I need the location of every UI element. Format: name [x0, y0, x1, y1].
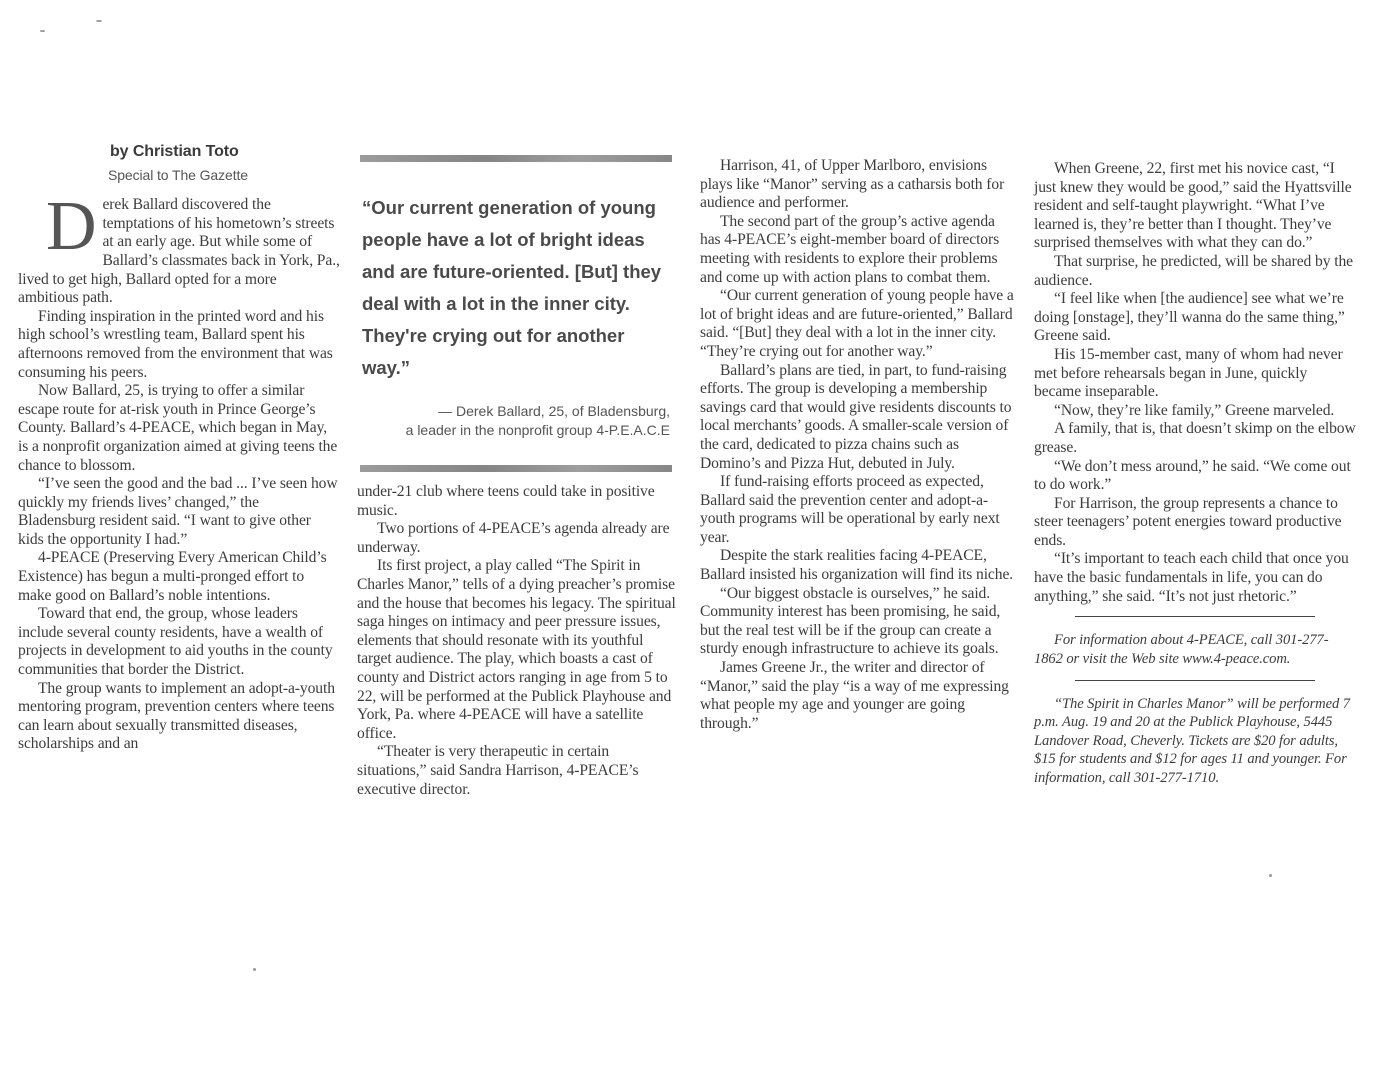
pull-quote-top-rule — [360, 155, 672, 162]
paragraph: Now Ballard, 25, is trying to offer a si… — [18, 382, 340, 475]
paragraph: For Harrison, the group represents a cha… — [1034, 495, 1356, 551]
paragraph: “Now, they’re like family,” Greene marve… — [1034, 402, 1356, 421]
paragraph: If fund-raising efforts proceed as expec… — [700, 473, 1018, 547]
scan-speck — [253, 968, 256, 971]
continuation-paragraph: under-21 club where teens could take in … — [357, 483, 677, 520]
paragraph: Despite the stark realities facing 4-PEA… — [700, 547, 1018, 584]
event-note: “The Spirit in Charles Manor” will be pe… — [1034, 695, 1356, 787]
paragraph: The second part of the group’s active ag… — [700, 213, 1018, 287]
paragraph: “I’ve seen the good and the bad ... I’ve… — [18, 475, 340, 549]
paragraph: Finding inspiration in the printed word … — [18, 308, 340, 382]
paragraph: James Greene Jr., the writer and directo… — [700, 659, 1018, 733]
paragraph: When Greene, 22, first met his novice ca… — [1034, 160, 1356, 253]
paragraph: The group wants to implement an adopt-a-… — [18, 680, 340, 754]
paragraph: A family, that is, that doesn’t skimp on… — [1034, 420, 1356, 457]
info-note: For information about 4-PEACE, call 301-… — [1034, 631, 1356, 668]
article-column-1: by Christian Toto Special to The Gazette… — [18, 143, 340, 754]
attribution-line-1: — Derek Ballard, 25, of Bladensburg, — [360, 402, 670, 421]
divider-rule — [1075, 616, 1315, 617]
pull-quote-attribution: — Derek Ballard, 25, of Bladensburg, a l… — [360, 402, 672, 440]
paragraph: Two portions of 4-PEACE’s agenda already… — [357, 520, 677, 557]
paragraph: Its first project, a play called “The Sp… — [357, 557, 677, 743]
pull-quote-bottom-rule — [360, 465, 672, 472]
paragraph: Ballard’s plans are tied, in part, to fu… — [700, 362, 1018, 474]
paragraph: His 15-member cast, many of whom had nev… — [1034, 346, 1356, 402]
byline-credit: Special to The Gazette — [108, 166, 340, 185]
paragraph: Toward that end, the group, whose leader… — [18, 605, 340, 679]
article-column-2: under-21 club where teens could take in … — [357, 483, 677, 799]
scan-speck — [40, 30, 45, 32]
byline-author: by Christian Toto — [110, 143, 340, 162]
lead-paragraph: D erek Ballard discovered the temptation… — [18, 196, 340, 308]
paragraph: “I feel like when [the audience] see wha… — [1034, 290, 1356, 346]
drop-cap: D — [46, 200, 96, 254]
paragraph: “Our current generation of young people … — [700, 287, 1018, 361]
scan-speck — [96, 20, 102, 22]
paragraph: “Our biggest obstacle is ourselves,” he … — [700, 585, 1018, 659]
article-column-3: Harrison, 41, of Upper Marlboro, envisio… — [700, 157, 1018, 733]
paragraph: Harrison, 41, of Upper Marlboro, envisio… — [700, 157, 1018, 213]
paragraph: 4-PEACE (Preserving Every American Child… — [18, 549, 340, 605]
article-column-4: When Greene, 22, first met his novice ca… — [1034, 160, 1356, 787]
paragraph: That surprise, he predicted, will be sha… — [1034, 253, 1356, 290]
paragraph: “Theater is very therapeutic in certain … — [357, 743, 677, 799]
paragraph: “We don’t mess around,” he said. “We com… — [1034, 458, 1356, 495]
pull-quote-text: “Our current generation of young people … — [362, 192, 672, 384]
paragraph: “It’s important to teach each child that… — [1034, 550, 1356, 606]
divider-rule — [1075, 680, 1315, 681]
pull-quote: “Our current generation of young people … — [360, 155, 672, 440]
attribution-line-2: a leader in the nonprofit group 4-P.E.A.… — [360, 421, 670, 440]
scan-speck — [1269, 874, 1272, 877]
